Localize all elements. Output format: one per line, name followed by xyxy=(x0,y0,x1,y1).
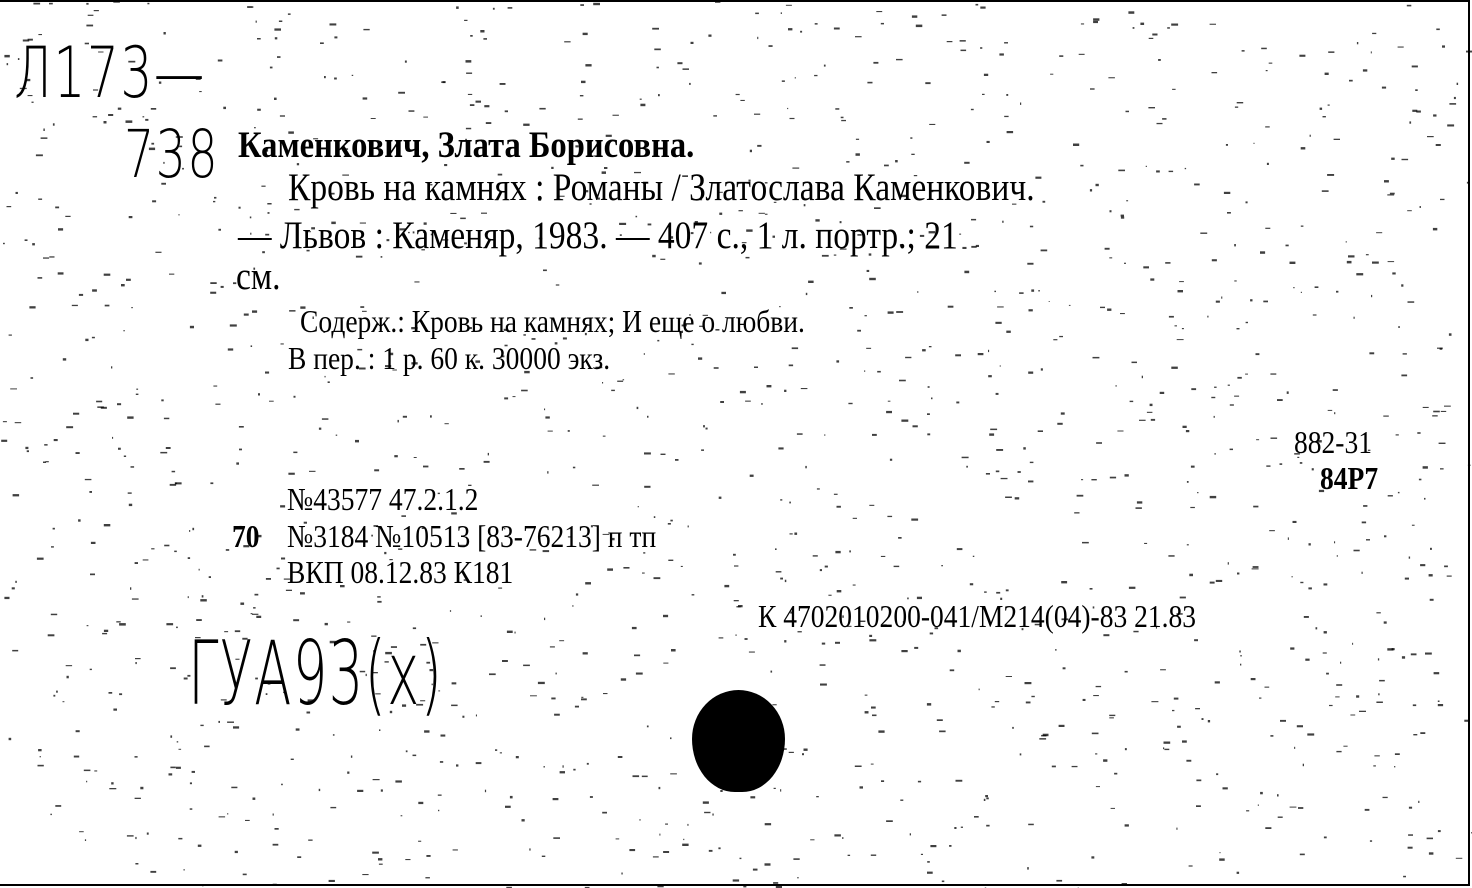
record-numbers-line3: ВКП 08.12.83 К181 xyxy=(287,554,513,591)
price-and-print-run: В пер. : 1 р. 60 к. 30000 экз. xyxy=(288,340,610,377)
handwritten-call-number-line2: 738 xyxy=(124,116,219,193)
title-statement: Кровь на камнях : Романы / Златослава Ка… xyxy=(288,165,1035,210)
contents-note: Содерж.: Кровь на камнях; И еще о любви. xyxy=(300,303,805,340)
handwritten-shelfmark: ГУА93(х) xyxy=(188,622,443,725)
imprint-statement: — Львов : Каменяр, 1983. — 407 с., 1 л. … xyxy=(238,213,958,258)
udc-classification: 882-31 xyxy=(1294,424,1372,461)
record-numbers-line2: №3184 №10513 [83-76213] п тп xyxy=(287,518,656,555)
publisher-code: К 4702010200-041/М214(04)-83 21.83 xyxy=(758,598,1196,635)
punch-hole xyxy=(692,690,785,792)
record-numbers-line1: №43577 47.2.1.2 xyxy=(287,481,478,518)
imprint-continuation: см. xyxy=(236,254,281,299)
bbk-classification: 84Р7 xyxy=(1320,460,1378,497)
handwritten-call-number-line1: Л173— xyxy=(14,32,206,114)
author-heading: Каменкович, Злата Борисовна. xyxy=(238,124,694,167)
record-numbers-prefix: 70 xyxy=(232,518,260,555)
